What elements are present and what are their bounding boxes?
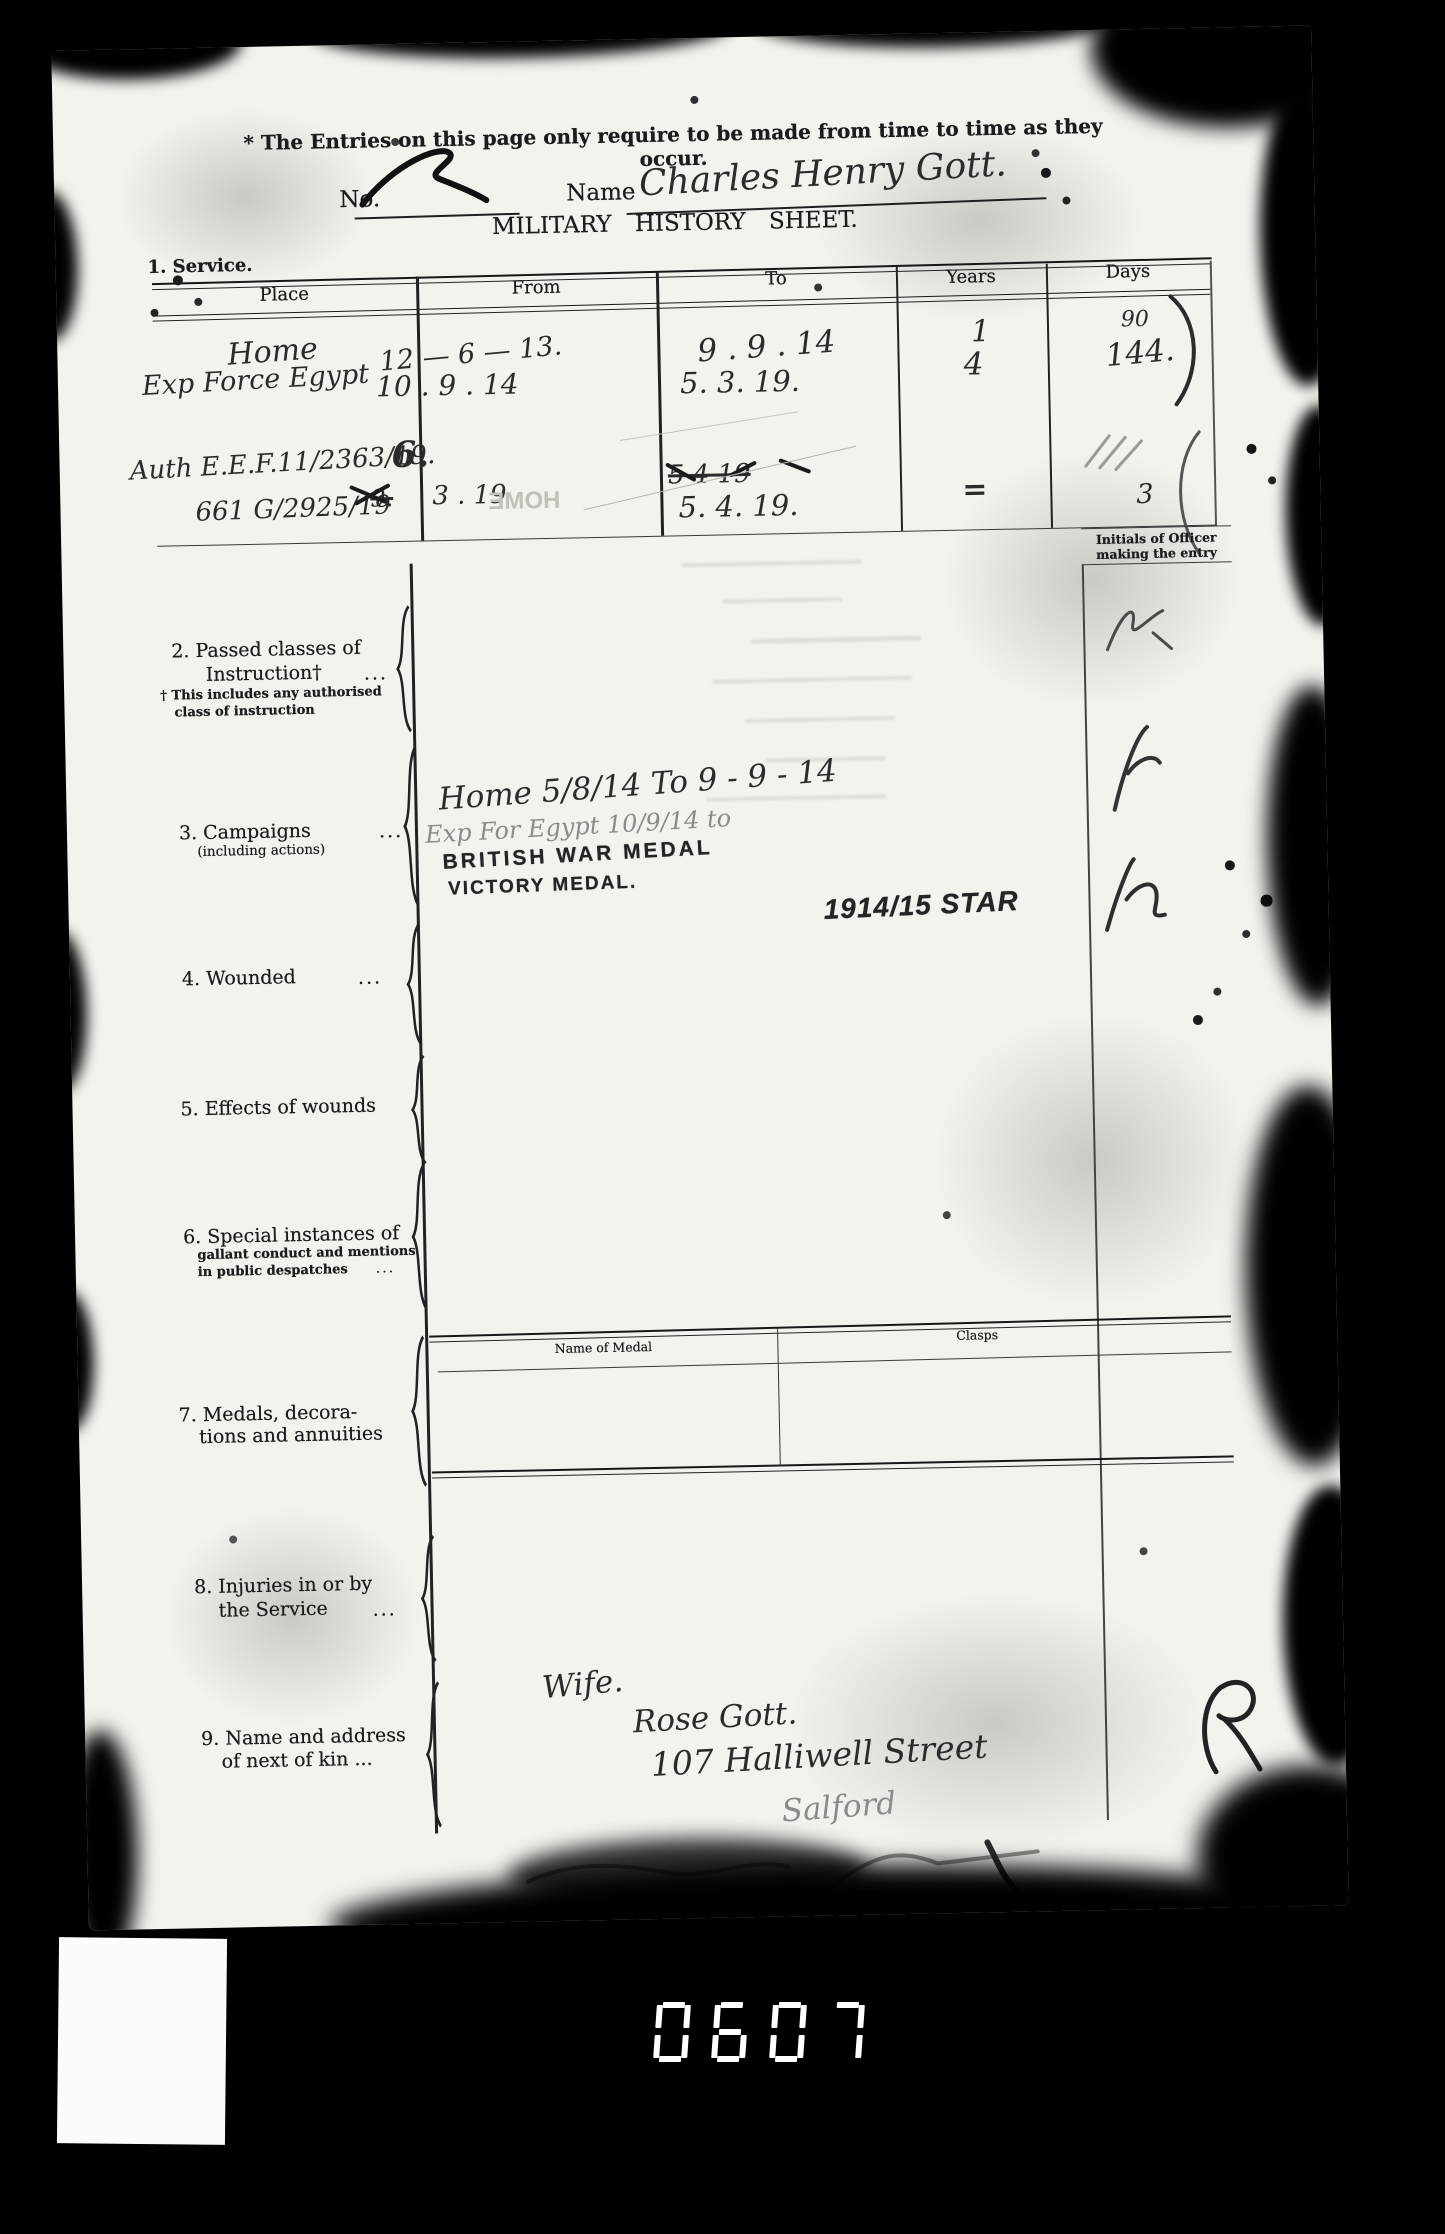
days-paren-mark bbox=[1164, 290, 1206, 411]
pencil-diagonal-line-2 bbox=[620, 411, 798, 441]
seg-digit-7 bbox=[827, 2002, 865, 2062]
service-section-label: 1. Service. bbox=[147, 255, 252, 278]
section2-footnote1: † This includes any authorised bbox=[160, 684, 382, 703]
bleedthrough-line bbox=[745, 716, 895, 723]
edge-blot-right-4 bbox=[1242, 1085, 1348, 1468]
edge-blot-right-3 bbox=[1264, 685, 1348, 1007]
no-value-scrawl bbox=[353, 142, 494, 215]
scanned-document-canvas: * The Entries on this page only require … bbox=[0, 0, 1445, 2234]
bleedthrough-line bbox=[682, 560, 862, 568]
service-table-right-edge bbox=[1210, 261, 1217, 525]
bleedthrough-line bbox=[722, 597, 842, 603]
section6-brace bbox=[408, 1162, 431, 1312]
bleedthrough-line bbox=[712, 676, 912, 684]
service-col-divider-2 bbox=[656, 272, 664, 536]
edge-blot-bottom-left bbox=[65, 1729, 140, 1930]
section3-brace bbox=[399, 744, 422, 909]
section2-line2: Instruction† bbox=[206, 662, 322, 686]
kin-relation-handwritten: Wife. bbox=[541, 1663, 625, 1706]
section4-line1: 4. Wounded bbox=[182, 966, 296, 990]
section6-note2: in public despatches bbox=[198, 1262, 348, 1280]
col-header-place: Place bbox=[152, 282, 416, 308]
service-row3-place: Auth E.E.F.11/2363/19. bbox=[129, 440, 436, 487]
service-row3-years: = bbox=[962, 472, 988, 507]
col-header-from: From bbox=[416, 275, 656, 301]
section2-brace bbox=[392, 604, 415, 734]
service-row3-from-big: 6. bbox=[391, 433, 429, 476]
col-header-years: Years bbox=[896, 265, 1046, 289]
edge-blot-right-2 bbox=[1284, 405, 1349, 626]
section3-dots: ... bbox=[379, 820, 404, 842]
service-row3-days: 3 bbox=[1136, 479, 1154, 510]
seg-digit-0 bbox=[653, 2002, 691, 2062]
section8-brace bbox=[417, 1533, 440, 1663]
edge-blot-top bbox=[310, 26, 731, 62]
service-row1-days: 90 bbox=[1121, 307, 1149, 333]
medal-table-col-divider bbox=[777, 1329, 781, 1467]
medal-table-bottom-rule bbox=[432, 1455, 1234, 1478]
section8-line1: 8. Injuries in or by bbox=[194, 1573, 372, 1599]
service-row2-from: 10 . 9 . 14 bbox=[376, 368, 519, 404]
service-col-divider-1 bbox=[416, 277, 424, 541]
section5-line1: 5. Effects of wounds bbox=[180, 1095, 376, 1121]
section6-dots: ... bbox=[376, 1260, 396, 1276]
section8-dots: ... bbox=[372, 1598, 397, 1620]
edge-blot-left-1 bbox=[51, 190, 79, 341]
edge-blot-right-1 bbox=[1257, 85, 1349, 387]
edge-blot-right-5 bbox=[1280, 1484, 1348, 1766]
kin-name-handwritten: Rose Gott. bbox=[632, 1695, 798, 1740]
pencil-scribble bbox=[1079, 425, 1150, 476]
campaigns-hand-line1: Home 5/8/14 To 9 - 9 - 14 bbox=[437, 753, 838, 818]
section8-line2: the Service bbox=[218, 1598, 328, 1622]
service-row2-place: Exp Force Egypt bbox=[141, 359, 370, 402]
section9-line2: of next of kin ... bbox=[221, 1748, 372, 1773]
section2-footnote2: class of instruction bbox=[174, 703, 315, 721]
seg-digit-0 bbox=[769, 2002, 807, 2062]
seg-digit-6 bbox=[711, 2002, 749, 2062]
initials-box-line2: making the entry bbox=[1085, 544, 1227, 562]
section2-dots: ... bbox=[364, 662, 389, 684]
service-row1-to: 9 . 9 . 14 bbox=[696, 324, 836, 370]
name-label: Name bbox=[566, 179, 636, 206]
bleedthrough-home-text: HOME bbox=[488, 487, 561, 516]
service-row1-years: 1 bbox=[971, 314, 991, 349]
service-row3-to: 5. 4. 19. bbox=[678, 488, 799, 524]
white-card bbox=[57, 1937, 227, 2145]
section7-line2: tions and annuities bbox=[199, 1422, 383, 1448]
edge-blot-top-left bbox=[51, 26, 242, 82]
officer-monogram bbox=[1184, 1675, 1276, 1787]
officer-initials-mark-3 bbox=[1096, 848, 1188, 940]
section9-brace bbox=[422, 1679, 445, 1829]
section3-line2: (including actions) bbox=[197, 841, 325, 860]
section4-dots: ... bbox=[358, 966, 383, 988]
document-page: * The Entries on this page only require … bbox=[51, 26, 1348, 1931]
officer-initials-mark-1 bbox=[1092, 588, 1184, 670]
victory-medal-stamp: VICTORY MEDAL. bbox=[448, 872, 638, 901]
section2-line1: 2. Passed classes of bbox=[171, 637, 361, 663]
service-row3-place2: 661 G/2925/19 bbox=[195, 490, 391, 527]
service-row2-years: 4 bbox=[963, 346, 983, 382]
edge-blot-top-2 bbox=[750, 26, 1131, 51]
edge-blot-left-3 bbox=[51, 1290, 95, 1431]
section7-brace bbox=[407, 1334, 430, 1489]
officer-initials-mark-2 bbox=[1093, 718, 1175, 820]
edge-blot-left-2 bbox=[51, 930, 88, 1091]
service-row2-to: 5. 3. 19. bbox=[680, 364, 801, 400]
counter-digits bbox=[655, 2002, 863, 2062]
section5-brace bbox=[407, 1053, 429, 1165]
section3-line1: 3. Campaigns bbox=[179, 820, 311, 845]
col-header-days: Days bbox=[1046, 260, 1210, 284]
section9-line1: 9. Name and address bbox=[201, 1724, 406, 1750]
section4-brace bbox=[403, 922, 426, 1047]
1914-15-star-stamp: 1914/15 STAR bbox=[823, 885, 1019, 926]
initials-box-label: Initials of Officer making the entry bbox=[1085, 529, 1228, 562]
bleedthrough-line bbox=[751, 635, 921, 643]
